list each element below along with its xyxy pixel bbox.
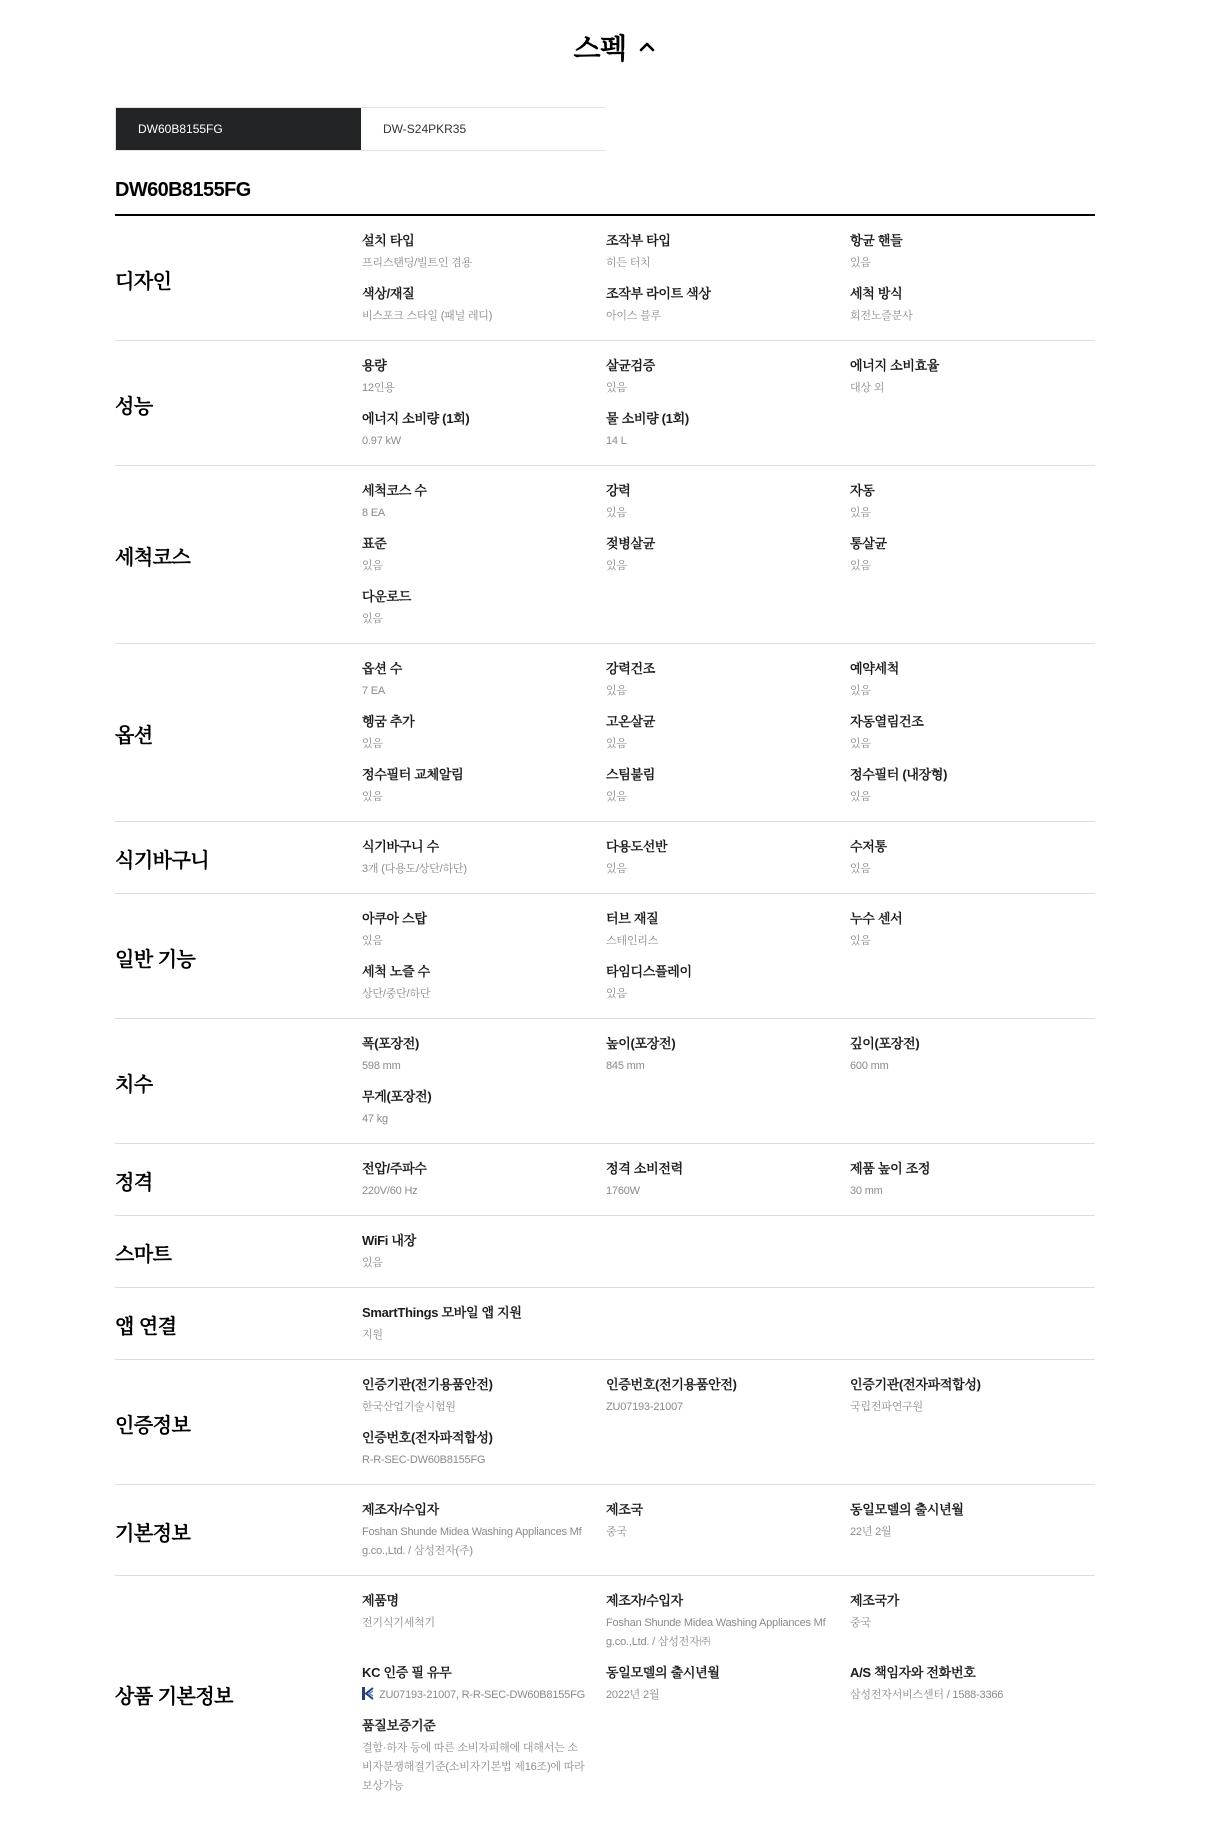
spec-item: 옵션 수7 EA [362, 660, 606, 701]
spec-item: A/S 책임자와 전화번호삼성전자서비스센터 / 1588-3366 [850, 1664, 1095, 1705]
spec-label: 다용도선반 [606, 838, 832, 856]
spec-label: 타임디스플레이 [606, 963, 832, 981]
kc-cert-numbers: ZU07193-21007, R-R-SEC-DW60B8155FG [379, 1689, 585, 1701]
spec-item: 색상/재질비스포크 스타일 (패널 레디) [362, 285, 606, 326]
spec-section: 일반 기능아쿠아 스탑있음터브 재질스테인리스누수 센서있음세척 노즐 수상단/… [115, 894, 1095, 1019]
spec-value: 있음 [850, 557, 1077, 576]
spec-item: 다용도선반있음 [606, 838, 850, 879]
spec-item: 물 소비량 (1회)14 L [606, 410, 850, 451]
spec-label: 제품명 [362, 1592, 588, 1610]
spec-items: 옵션 수7 EA강력건조있음예약세척있음헹굼 추가있음고온살균있음자동열림건조있… [362, 660, 1095, 807]
spec-items: 제품명전기식기세척기제조자/수입자Foshan Shunde Midea Was… [362, 1592, 1095, 1796]
spec-label: 터브 재질 [606, 910, 832, 928]
spec-item: 인증기관(전자파적합성)국립전파연구원 [850, 1376, 1095, 1417]
spec-value: 비스포크 스타일 (패널 레디) [362, 307, 588, 326]
spec-item: 수저통있음 [850, 838, 1095, 879]
spec-value: 아이스 블루 [606, 307, 832, 326]
spec-item: 무게(포장전)47 kg [362, 1088, 606, 1129]
spec-label: 세척 노즐 수 [362, 963, 588, 981]
spec-label: 인증기관(전자파적합성) [850, 1376, 1077, 1394]
spec-label: 항균 핸들 [850, 232, 1077, 250]
spec-label: 자동 [850, 482, 1077, 500]
spec-section: 옵션옵션 수7 EA강력건조있음예약세척있음헹굼 추가있음고온살균있음자동열림건… [115, 644, 1095, 822]
spec-section: 정격전압/주파수220V/60 Hz정격 소비전력1760W제품 높이 조정30… [115, 1144, 1095, 1216]
spec-item: 제조자/수입자Foshan Shunde Midea Washing Appli… [606, 1592, 850, 1652]
spec-label: 조작부 라이트 색상 [606, 285, 832, 303]
spec-label: WiFi 내장 [362, 1232, 588, 1250]
spec-items: WiFi 내장있음 [362, 1232, 1095, 1273]
section-name: 세척코스 [115, 482, 362, 629]
spec-item: 강력건조있음 [606, 660, 850, 701]
spec-items: 제조자/수입자Foshan Shunde Midea Washing Appli… [362, 1501, 1095, 1561]
spec-label: 아쿠아 스탑 [362, 910, 588, 928]
spec-item: 제조국중국 [606, 1501, 850, 1561]
spec-items: SmartThings 모바일 앱 지원지원 [362, 1304, 1095, 1345]
spec-header: 스펙 [0, 0, 1230, 92]
spec-value: 히든 터치 [606, 254, 832, 273]
spec-section: 식기바구니식기바구니 수3개 (다용도/상단/하단)다용도선반있음수저통있음 [115, 822, 1095, 894]
spec-section: 세척코스세척코스 수8 EA강력있음자동있음표준있음젖병살균있음통살균있음다운로… [115, 466, 1095, 644]
spec-value: 있음 [606, 682, 832, 701]
spec-title: 스펙 [573, 27, 626, 67]
spec-value: 회전노즐분사 [850, 307, 1077, 326]
spec-item: 품질보증기준결함·하자 등에 따른 소비자피해에 대해서는 소비자분쟁해결기준(… [362, 1717, 606, 1796]
spec-value: 있음 [362, 1254, 588, 1273]
spec-label: 수저통 [850, 838, 1077, 856]
spec-label: 에너지 소비량 (1회) [362, 410, 588, 428]
spec-items: 용량12인용살균검증있음에너지 소비효율대상 외에너지 소비량 (1회)0.97… [362, 357, 1095, 451]
spec-value: 있음 [362, 610, 588, 629]
spec-item: 아쿠아 스탑있음 [362, 910, 606, 951]
section-name: 상품 기본정보 [115, 1592, 362, 1796]
spec-item: 제품 높이 조정30 mm [850, 1160, 1095, 1201]
spec-item: 젖병살균있음 [606, 535, 850, 576]
spec-item: 제품명전기식기세척기 [362, 1592, 606, 1652]
spec-item: 용량12인용 [362, 357, 606, 398]
spec-value: 있음 [362, 557, 588, 576]
spec-label: KC 인증 필 유무 [362, 1664, 588, 1682]
spec-value: 1760W [606, 1182, 832, 1201]
spec-value: 있음 [606, 379, 832, 398]
spec-value: 있음 [850, 254, 1077, 273]
spec-item: 세척 방식회전노즐분사 [850, 285, 1095, 326]
spec-item: 제조자/수입자Foshan Shunde Midea Washing Appli… [362, 1501, 606, 1561]
spec-item: 전압/주파수220V/60 Hz [362, 1160, 606, 1201]
section-name: 앱 연결 [115, 1304, 362, 1345]
spec-value: 있음 [606, 735, 832, 754]
spec-value: 845 mm [606, 1057, 832, 1076]
spec-item: 자동있음 [850, 482, 1095, 523]
model-tabs: DW60B8155FG DW-S24PKR35 [115, 107, 606, 151]
section-name: 인증정보 [115, 1376, 362, 1470]
spec-label: 제조자/수입자 [606, 1592, 832, 1610]
spec-item: 인증기관(전기용품안전)한국산업기술시험원 [362, 1376, 606, 1417]
spec-item: 식기바구니 수3개 (다용도/상단/하단) [362, 838, 606, 879]
spec-value: ZU07193-21007 [606, 1398, 832, 1417]
spec-label: 표준 [362, 535, 588, 553]
spec-value: 7 EA [362, 682, 588, 701]
spec-label: 옵션 수 [362, 660, 588, 678]
spec-label: 품질보증기준 [362, 1717, 588, 1735]
spec-label: 전압/주파수 [362, 1160, 588, 1178]
spec-value: 있음 [850, 735, 1077, 754]
spec-item: 다운로드있음 [362, 588, 606, 629]
spec-section: 스마트WiFi 내장있음 [115, 1216, 1095, 1288]
spec-label: 강력 [606, 482, 832, 500]
spec-item: 타임디스플레이있음 [606, 963, 850, 1004]
spec-label: 정수필터 교체알림 [362, 766, 588, 784]
spec-label: 강력건조 [606, 660, 832, 678]
spec-value: 있음 [850, 860, 1077, 879]
spec-label: 무게(포장전) [362, 1088, 588, 1106]
spec-label: 예약세척 [850, 660, 1077, 678]
spec-item: 자동열림건조있음 [850, 713, 1095, 754]
spec-item: 인증번호(전기용품안전)ZU07193-21007 [606, 1376, 850, 1417]
spec-label: A/S 책임자와 전화번호 [850, 1664, 1077, 1682]
spec-label: 설치 타입 [362, 232, 588, 250]
spec-label: 동일모델의 출시년월 [606, 1664, 832, 1682]
section-name: 디자인 [115, 232, 362, 326]
spec-label: 살균검증 [606, 357, 832, 375]
spec-page: 스펙 DW60B8155FG DW-S24PKR35 DW60B8155FG 디… [0, 0, 1230, 1840]
spec-item: 인증번호(전자파적합성)R-R-SEC-DW60B8155FG [362, 1429, 606, 1470]
spec-item: 조작부 타입히든 터치 [606, 232, 850, 273]
spec-label: 누수 센서 [850, 910, 1077, 928]
spec-value: 중국 [606, 1523, 832, 1542]
spec-label: 세척 방식 [850, 285, 1077, 303]
spec-value: 국립전파연구원 [850, 1398, 1077, 1417]
spec-value: ZU07193-21007, R-R-SEC-DW60B8155FG [362, 1686, 588, 1705]
spec-value: 있음 [606, 860, 832, 879]
spec-section: 치수폭(포장전)598 mm높이(포장전)845 mm깊이(포장전)600 mm… [115, 1019, 1095, 1144]
spec-item: 정수필터 교체알림있음 [362, 766, 606, 807]
spec-value: 220V/60 Hz [362, 1182, 588, 1201]
spec-value: 598 mm [362, 1057, 588, 1076]
spec-item: 동일모델의 출시년월2022년 2월 [606, 1664, 850, 1705]
spec-value: 14 L [606, 432, 832, 451]
spec-label: 조작부 타입 [606, 232, 832, 250]
spec-items: 전압/주파수220V/60 Hz정격 소비전력1760W제품 높이 조정30 m… [362, 1160, 1095, 1201]
spec-items: 아쿠아 스탑있음터브 재질스테인리스누수 센서있음세척 노즐 수상단/중단/하단… [362, 910, 1095, 1004]
spec-label: 에너지 소비효율 [850, 357, 1077, 375]
spec-value: 있음 [362, 788, 588, 807]
section-name: 치수 [115, 1035, 362, 1129]
spec-label: 폭(포장전) [362, 1035, 588, 1053]
spec-label: 젖병살균 [606, 535, 832, 553]
spec-value: 3개 (다용도/상단/하단) [362, 860, 588, 879]
spec-section: 인증정보인증기관(전기용품안전)한국산업기술시험원인증번호(전기용품안전)ZU0… [115, 1360, 1095, 1485]
spec-value: Foshan Shunde Midea Washing Appliances M… [606, 1614, 832, 1652]
section-name: 스마트 [115, 1232, 362, 1273]
section-name: 기본정보 [115, 1501, 362, 1561]
spec-item: 세척코스 수8 EA [362, 482, 606, 523]
spec-item: 에너지 소비량 (1회)0.97 kW [362, 410, 606, 451]
section-name: 정격 [115, 1160, 362, 1201]
spec-section: 상품 기본정보제품명전기식기세척기제조자/수입자Foshan Shunde Mi… [115, 1576, 1095, 1810]
spec-value: 있음 [606, 788, 832, 807]
spec-label: 깊이(포장전) [850, 1035, 1077, 1053]
spec-label: 자동열림건조 [850, 713, 1077, 731]
spec-value: 22년 2월 [850, 1523, 1077, 1542]
spec-label: 정격 소비전력 [606, 1160, 832, 1178]
spec-value: 600 mm [850, 1057, 1077, 1076]
tab-dw60b8155fg[interactable]: DW60B8155FG [116, 108, 361, 150]
spec-section: 디자인설치 타입프리스탠딩/빌트인 겸용조작부 타입히든 터치항균 핸들있음색상… [115, 216, 1095, 341]
spec-item: 헹굼 추가있음 [362, 713, 606, 754]
spec-item: 누수 센서있음 [850, 910, 1095, 951]
section-name: 옵션 [115, 660, 362, 807]
spec-value: 스테인리스 [606, 932, 832, 951]
spec-value: 0.97 kW [362, 432, 588, 451]
spec-value: 있음 [850, 788, 1077, 807]
spec-value: 2022년 2월 [606, 1686, 832, 1705]
spec-items: 식기바구니 수3개 (다용도/상단/하단)다용도선반있음수저통있음 [362, 838, 1095, 879]
spec-item: 세척 노즐 수상단/중단/하단 [362, 963, 606, 1004]
section-name: 일반 기능 [115, 910, 362, 1004]
spec-table: 디자인설치 타입프리스탠딩/빌트인 겸용조작부 타입히든 터치항균 핸들있음색상… [115, 216, 1095, 1810]
spec-item: 동일모델의 출시년월22년 2월 [850, 1501, 1095, 1561]
spec-label: 제품 높이 조정 [850, 1160, 1077, 1178]
spec-label: 제조국가 [850, 1592, 1077, 1610]
spec-value: 중국 [850, 1614, 1077, 1633]
spec-item: 강력있음 [606, 482, 850, 523]
spec-value: 있음 [606, 985, 832, 1004]
spec-items: 폭(포장전)598 mm높이(포장전)845 mm깊이(포장전)600 mm무게… [362, 1035, 1095, 1129]
spec-items: 설치 타입프리스탠딩/빌트인 겸용조작부 타입히든 터치항균 핸들있음색상/재질… [362, 232, 1095, 326]
spec-value: 삼성전자서비스센터 / 1588-3366 [850, 1686, 1077, 1705]
spec-section: 성능용량12인용살균검증있음에너지 소비효율대상 외에너지 소비량 (1회)0.… [115, 341, 1095, 466]
spec-value: 대상 외 [850, 379, 1077, 398]
spec-value: 상단/중단/하단 [362, 985, 588, 1004]
spec-item: 폭(포장전)598 mm [362, 1035, 606, 1076]
spec-value: 결함·하자 등에 따른 소비자피해에 대해서는 소비자분쟁해결기준(소비자기본법… [362, 1739, 588, 1796]
spec-value: 전기식기세척기 [362, 1614, 588, 1633]
spec-item: 깊이(포장전)600 mm [850, 1035, 1095, 1076]
spec-value: 있음 [362, 735, 588, 754]
kc-mark-icon [362, 1687, 374, 1700]
spec-value: 12인용 [362, 379, 588, 398]
spec-label: 제조자/수입자 [362, 1501, 588, 1519]
spec-item: 예약세척있음 [850, 660, 1095, 701]
spec-value: 지원 [362, 1326, 588, 1345]
section-name: 식기바구니 [115, 838, 362, 879]
spec-value: Foshan Shunde Midea Washing Appliances M… [362, 1523, 588, 1561]
spec-value: 있음 [606, 504, 832, 523]
spec-label: 물 소비량 (1회) [606, 410, 832, 428]
spec-item: 정격 소비전력1760W [606, 1160, 850, 1201]
spec-label: 다운로드 [362, 588, 588, 606]
spec-value: R-R-SEC-DW60B8155FG [362, 1451, 588, 1470]
spec-items: 인증기관(전기용품안전)한국산업기술시험원인증번호(전기용품안전)ZU07193… [362, 1376, 1095, 1470]
spec-section: 기본정보제조자/수입자Foshan Shunde Midea Washing A… [115, 1485, 1095, 1576]
spec-item: 살균검증있음 [606, 357, 850, 398]
spec-value: 프리스탠딩/빌트인 겸용 [362, 254, 588, 273]
spec-item: 에너지 소비효율대상 외 [850, 357, 1095, 398]
spec-items: 세척코스 수8 EA강력있음자동있음표준있음젖병살균있음통살균있음다운로드있음 [362, 482, 1095, 629]
spec-label: 인증번호(전자파적합성) [362, 1429, 588, 1447]
spec-label: 스팀불림 [606, 766, 832, 784]
spec-item: 통살균있음 [850, 535, 1095, 576]
spec-item: 제조국가중국 [850, 1592, 1095, 1652]
spec-label: 색상/재질 [362, 285, 588, 303]
spec-item: 터브 재질스테인리스 [606, 910, 850, 951]
spec-label: 용량 [362, 357, 588, 375]
spec-label: 인증기관(전기용품안전) [362, 1376, 588, 1394]
spec-label: 인증번호(전기용품안전) [606, 1376, 832, 1394]
spec-label: SmartThings 모바일 앱 지원 [362, 1304, 588, 1322]
spec-item: 표준있음 [362, 535, 606, 576]
spec-item: 항균 핸들있음 [850, 232, 1095, 273]
tab-dw-s24pkr35[interactable]: DW-S24PKR35 [361, 108, 606, 150]
spec-label: 식기바구니 수 [362, 838, 588, 856]
spec-item: 정수필터 (내장형)있음 [850, 766, 1095, 807]
section-name: 성능 [115, 357, 362, 451]
chevron-up-icon [637, 37, 657, 57]
spec-value: 있음 [850, 932, 1077, 951]
spec-value: 있음 [362, 932, 588, 951]
spec-collapse-toggle[interactable]: 스펙 [573, 27, 656, 67]
spec-value: 한국산업기술시험원 [362, 1398, 588, 1417]
spec-item: 조작부 라이트 색상아이스 블루 [606, 285, 850, 326]
spec-label: 제조국 [606, 1501, 832, 1519]
spec-item: WiFi 내장있음 [362, 1232, 606, 1273]
model-title: DW60B8155FG [115, 179, 1230, 202]
spec-item: 스팀불림있음 [606, 766, 850, 807]
spec-item: 고온살균있음 [606, 713, 850, 754]
spec-label: 통살균 [850, 535, 1077, 553]
spec-value: 있음 [606, 557, 832, 576]
spec-item: 설치 타입프리스탠딩/빌트인 겸용 [362, 232, 606, 273]
spec-value: 30 mm [850, 1182, 1077, 1201]
spec-label: 정수필터 (내장형) [850, 766, 1077, 784]
spec-value: 8 EA [362, 504, 588, 523]
spec-item: 높이(포장전)845 mm [606, 1035, 850, 1076]
spec-label: 세척코스 수 [362, 482, 588, 500]
spec-label: 고온살균 [606, 713, 832, 731]
spec-label: 높이(포장전) [606, 1035, 832, 1053]
spec-value: 있음 [850, 682, 1077, 701]
spec-value: 47 kg [362, 1110, 588, 1129]
spec-section: 앱 연결SmartThings 모바일 앱 지원지원 [115, 1288, 1095, 1360]
spec-label: 헹굼 추가 [362, 713, 588, 731]
spec-value: 있음 [850, 504, 1077, 523]
spec-item: KC 인증 필 유무ZU07193-21007, R-R-SEC-DW60B81… [362, 1664, 606, 1705]
spec-item: SmartThings 모바일 앱 지원지원 [362, 1304, 606, 1345]
spec-label: 동일모델의 출시년월 [850, 1501, 1077, 1519]
